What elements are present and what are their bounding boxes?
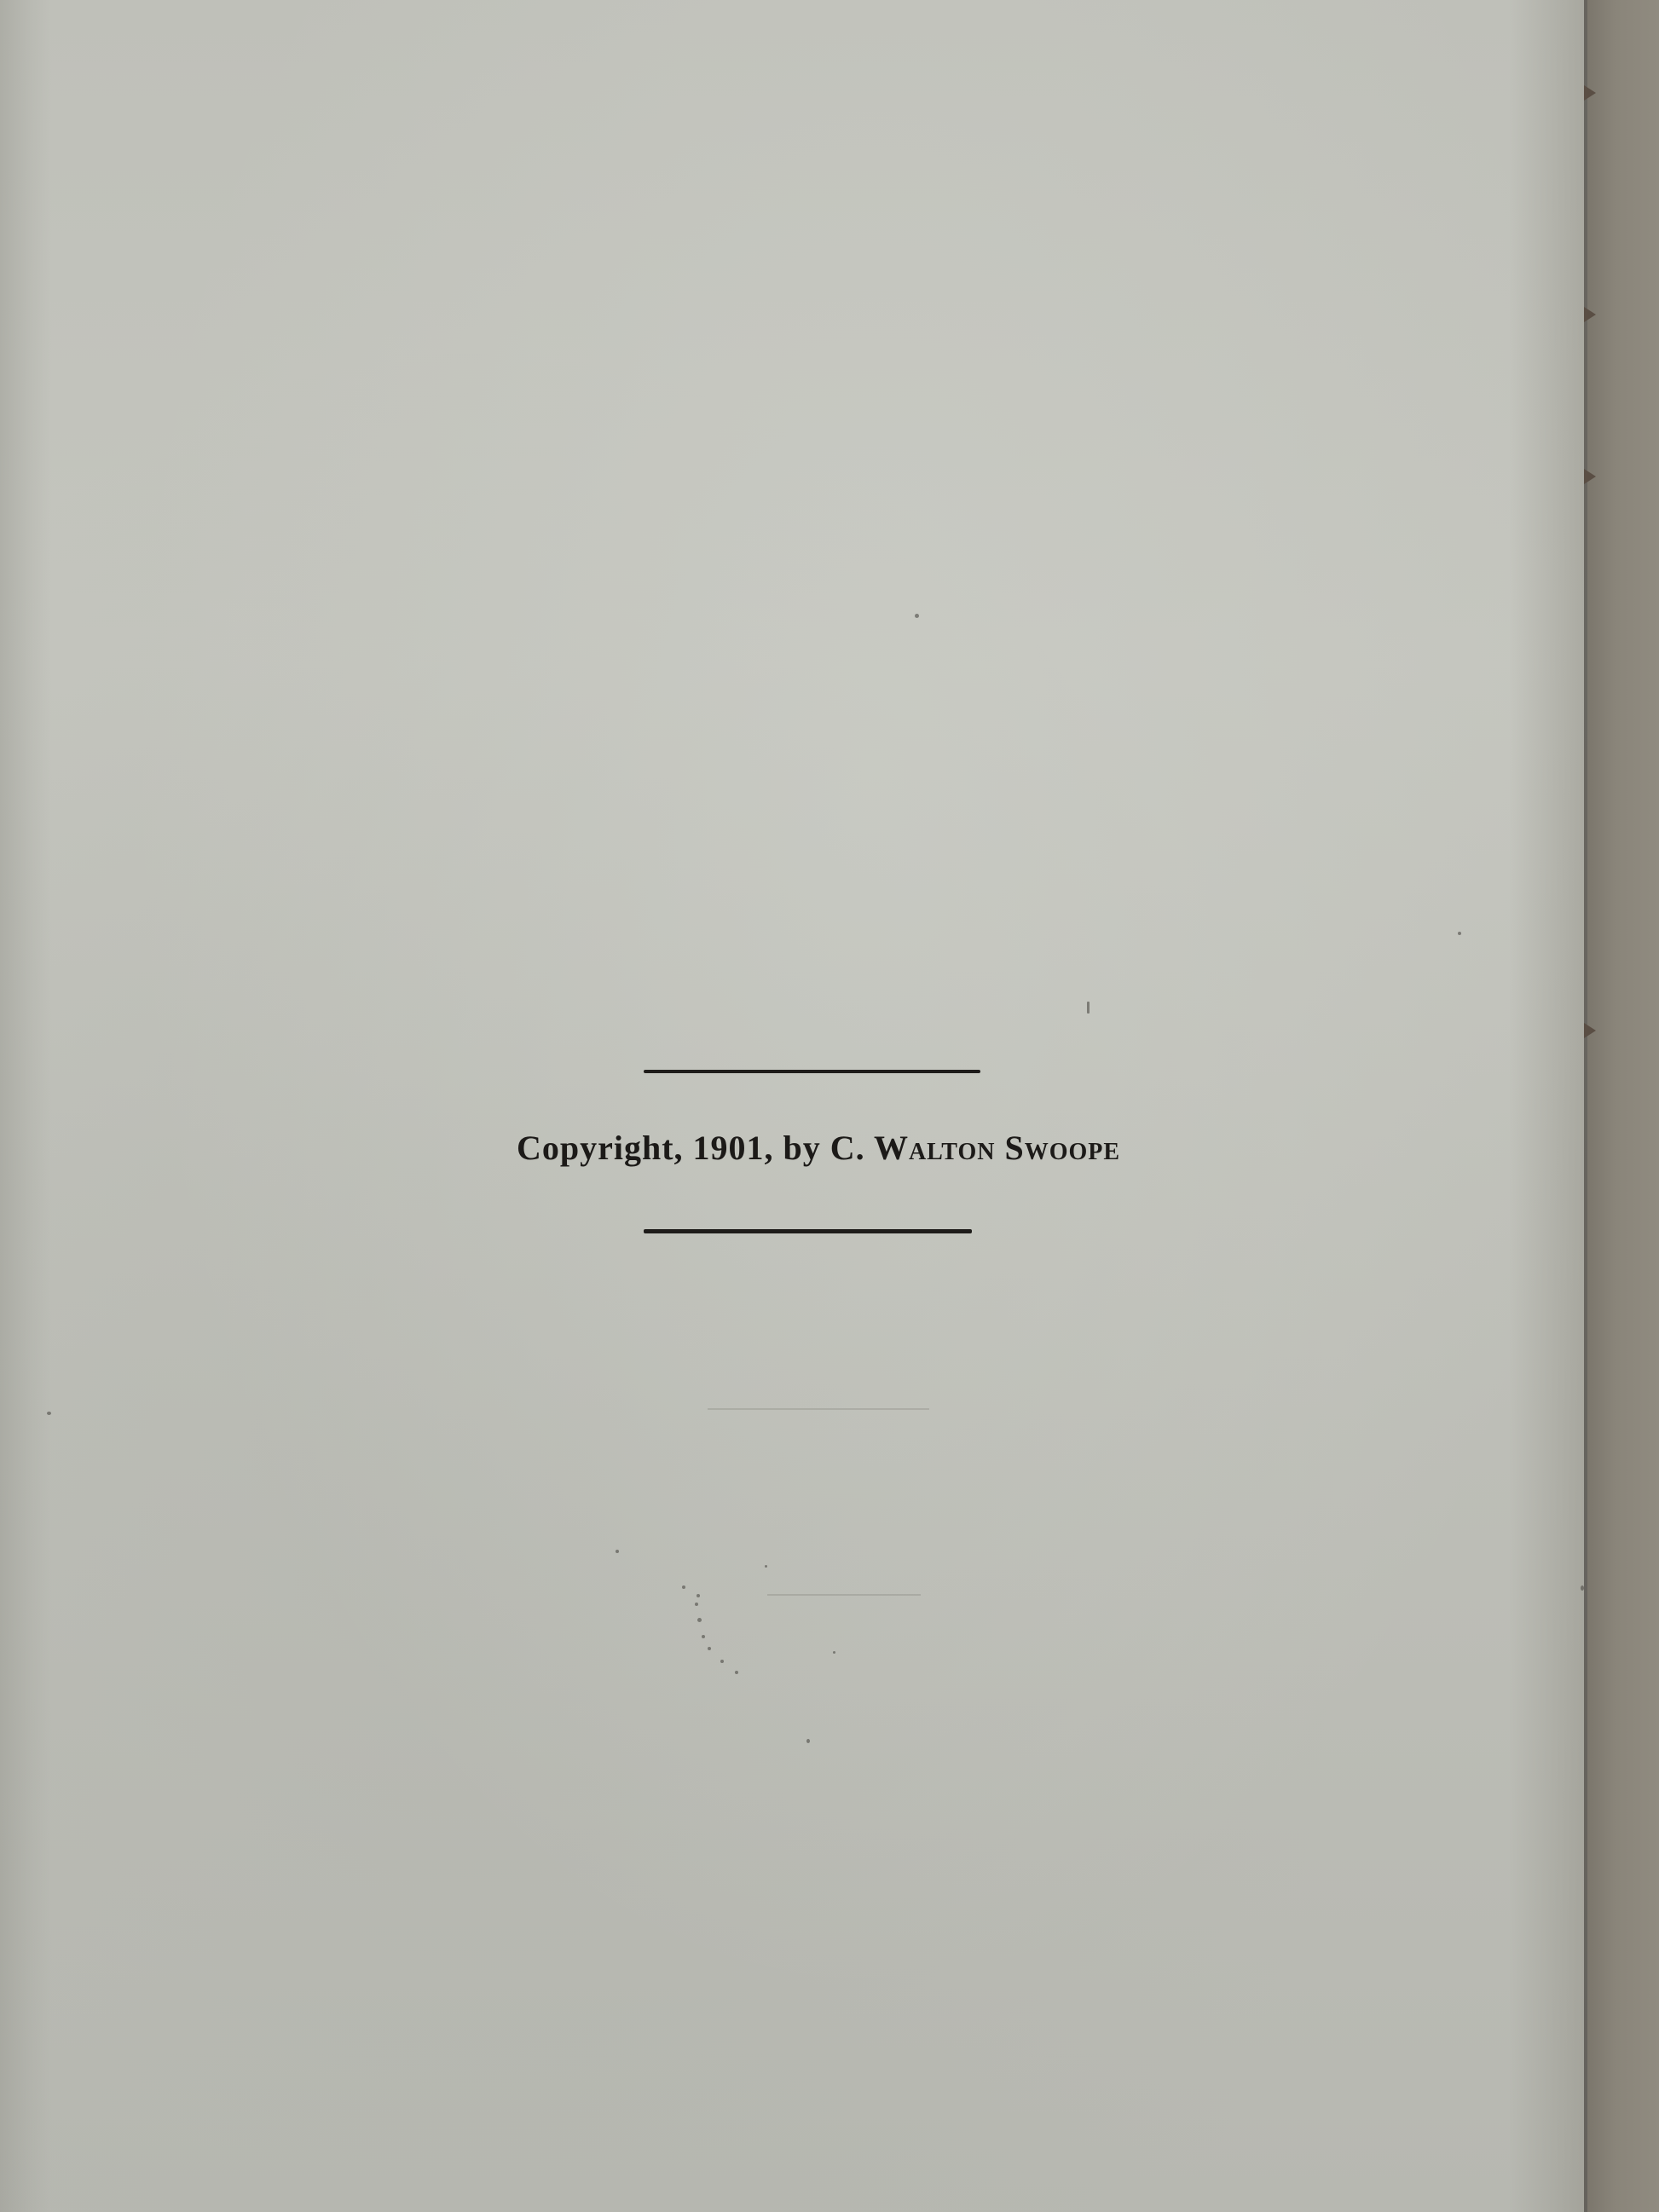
show-through-mark (767, 1594, 921, 1596)
binding-nick (1584, 85, 1596, 101)
paper-speck (616, 1550, 619, 1553)
paper-speck (695, 1603, 698, 1606)
top-ornamental-rule (644, 1070, 980, 1073)
paper-speck (735, 1671, 738, 1674)
show-through-mark (708, 1408, 929, 1410)
paper-speck (697, 1594, 700, 1597)
paper-speck (1458, 932, 1461, 935)
paper-speck (833, 1651, 835, 1654)
bottom-ornamental-rule (644, 1229, 972, 1233)
paper-speck (806, 1739, 810, 1743)
paper-speck (702, 1635, 705, 1638)
binding-nick (1584, 307, 1596, 322)
paper-speck (682, 1585, 685, 1589)
paper-speck (697, 1618, 702, 1622)
paper-speck (47, 1412, 51, 1415)
paper-speck (720, 1660, 724, 1663)
adjacent-page-edge (1587, 0, 1659, 2212)
paper-speck (765, 1565, 767, 1568)
copyright-prefix: Copyright, 1901, by (517, 1129, 830, 1167)
paper-speck (1087, 1002, 1090, 1014)
gutter-shadow (1509, 0, 1584, 2212)
binding-nick (1584, 1023, 1596, 1038)
paper-speck (915, 614, 919, 618)
copyright-holder: C. Walton Swoope (830, 1129, 1120, 1167)
copyright-notice: Copyright, 1901, by C. Walton Swoope (443, 1127, 1194, 1170)
binding-nick (1584, 469, 1596, 484)
page-fold-shadow (0, 0, 51, 2212)
book-page: Copyright, 1901, by C. Walton Swoope (0, 0, 1587, 2212)
paper-speck (708, 1647, 711, 1650)
